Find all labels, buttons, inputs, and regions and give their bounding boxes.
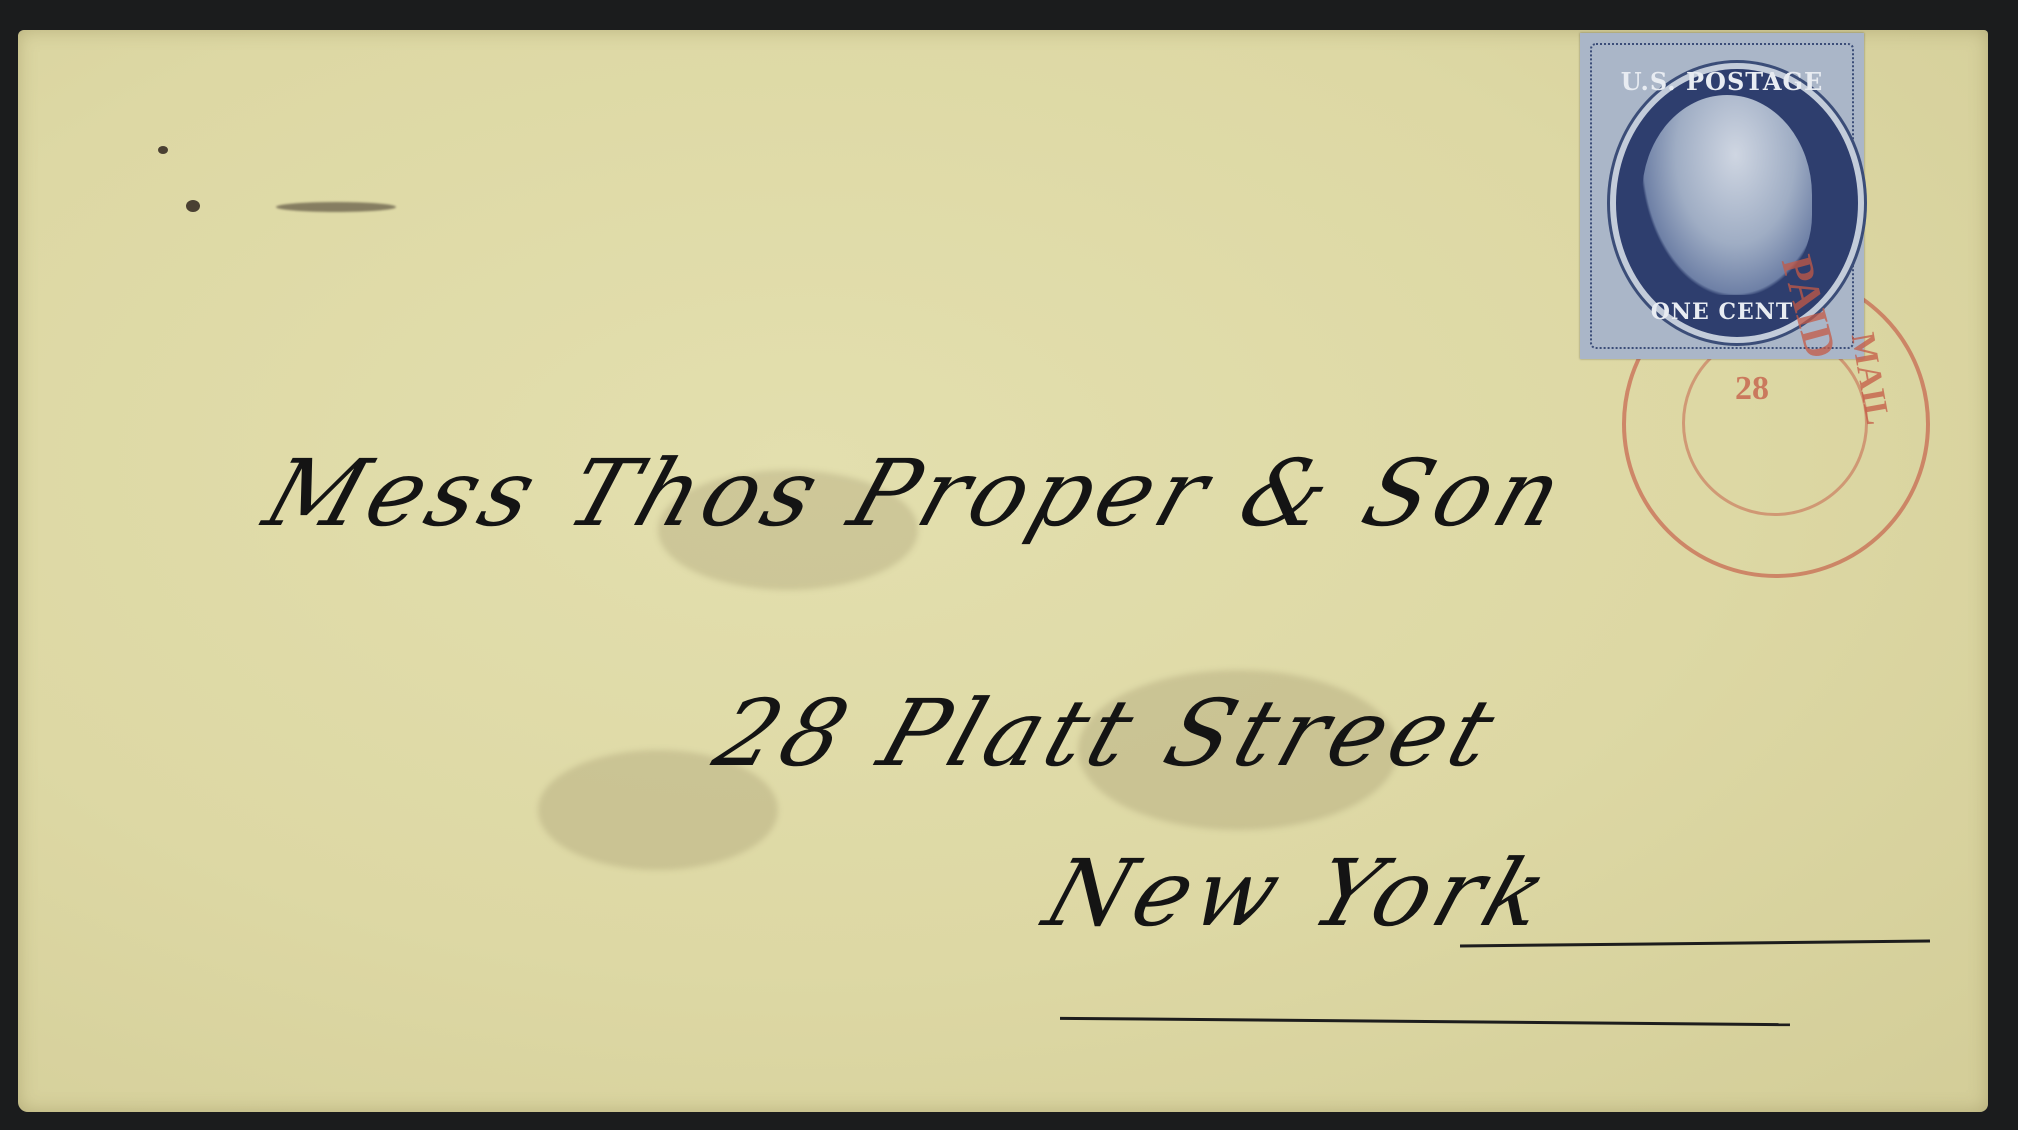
postmark-date: 28 <box>1735 370 1769 408</box>
ink-smudge <box>158 146 168 154</box>
ink-smudge <box>186 200 200 212</box>
ink-smudge <box>276 202 396 212</box>
address-line-1: Mess Thos Proper & Son <box>253 440 1581 547</box>
address-line-3: New York <box>1033 840 1567 947</box>
stamp-top-inscription: U.S. POSTAGE <box>1580 67 1864 96</box>
address-line-2: 28 Platt Street <box>703 680 1513 787</box>
